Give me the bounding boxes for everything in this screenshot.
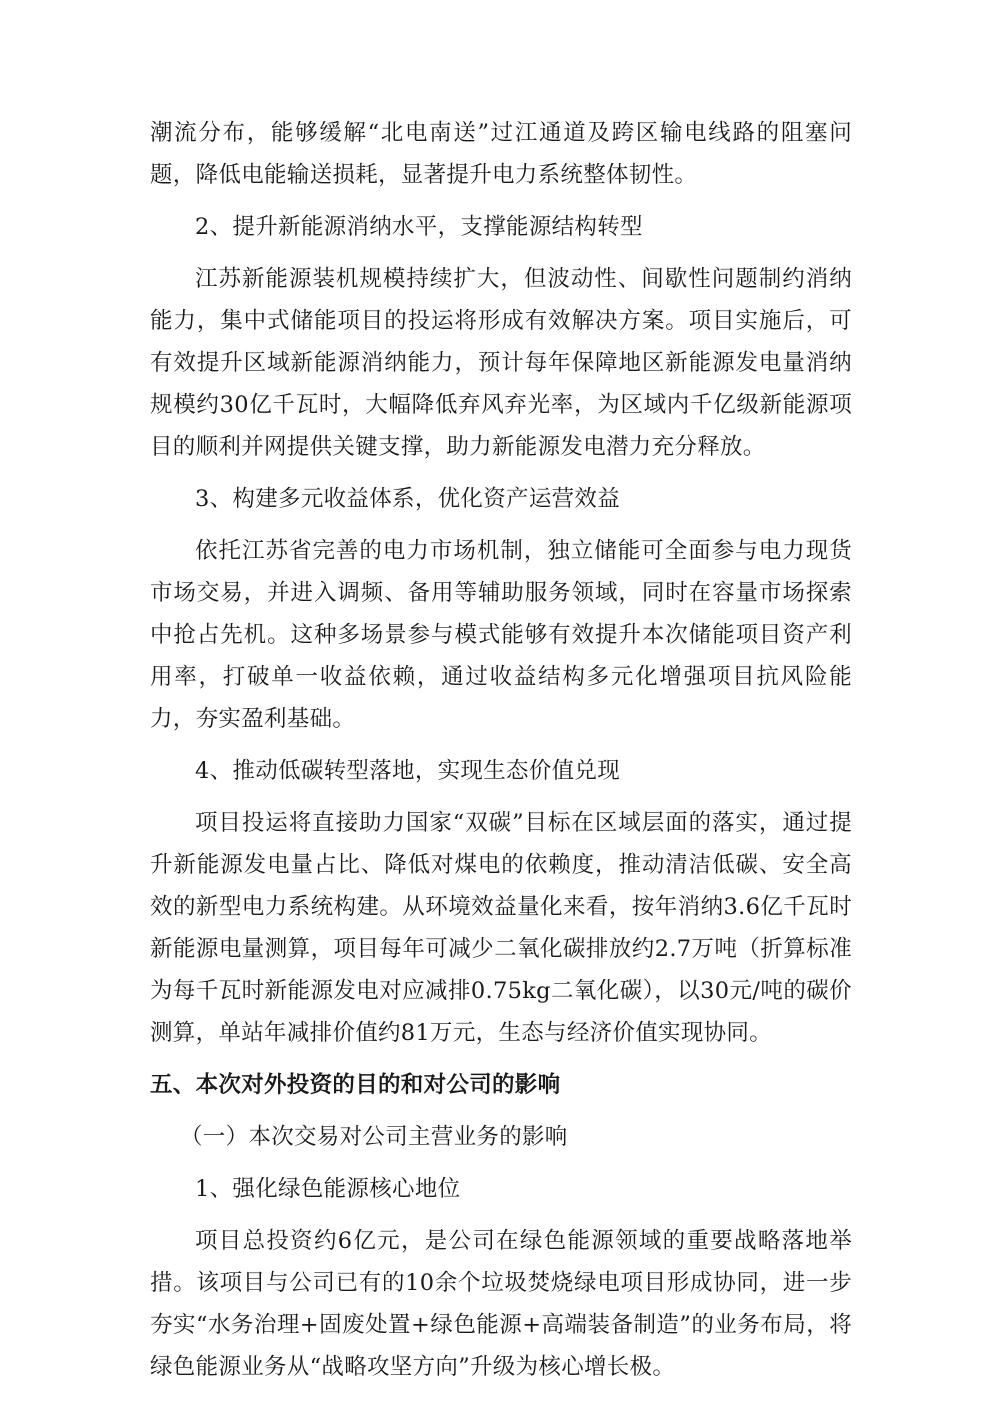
section-heading-2: 2、提升新能源消纳水平，支撑能源结构转型 [150, 206, 852, 248]
section-body-4: 项目投运将直接助力国家“双碳”目标在区域层面的落实，通过提升新能源发电量占比、降… [150, 802, 852, 1054]
chapter-heading: 五、本次对外投资的目的和对公司的影响 [150, 1064, 852, 1106]
item-body: 项目总投资约6亿元，是公司在绿色能源领域的重要战略落地举措。该项目与公司已有的1… [150, 1220, 852, 1388]
section-body-3: 依托江苏省完善的电力市场机制，独立储能可全面参与电力现货市场交易，并进入调频、备… [150, 530, 852, 740]
document-page: 潮流分布，能够缓解“北电南送”过江通道及跨区输电线路的阻塞问题，降低电能输送损耗… [150, 112, 852, 1398]
section-heading-3: 3、构建多元收益体系，优化资产运营效益 [150, 478, 852, 520]
item-heading: 1、强化绿色能源核心地位 [150, 1168, 852, 1210]
section-heading-4: 4、推动低碳转型落地，实现生态价值兑现 [150, 750, 852, 792]
section-body-2: 江苏新能源装机规模持续扩大，但波动性、间歇性问题制约消纳能力，集中式储能项目的投… [150, 258, 852, 468]
continuation-paragraph: 潮流分布，能够缓解“北电南送”过江通道及跨区输电线路的阻塞问题，降低电能输送损耗… [150, 112, 852, 196]
sub-heading: （一）本次交易对公司主营业务的影响 [150, 1116, 852, 1158]
